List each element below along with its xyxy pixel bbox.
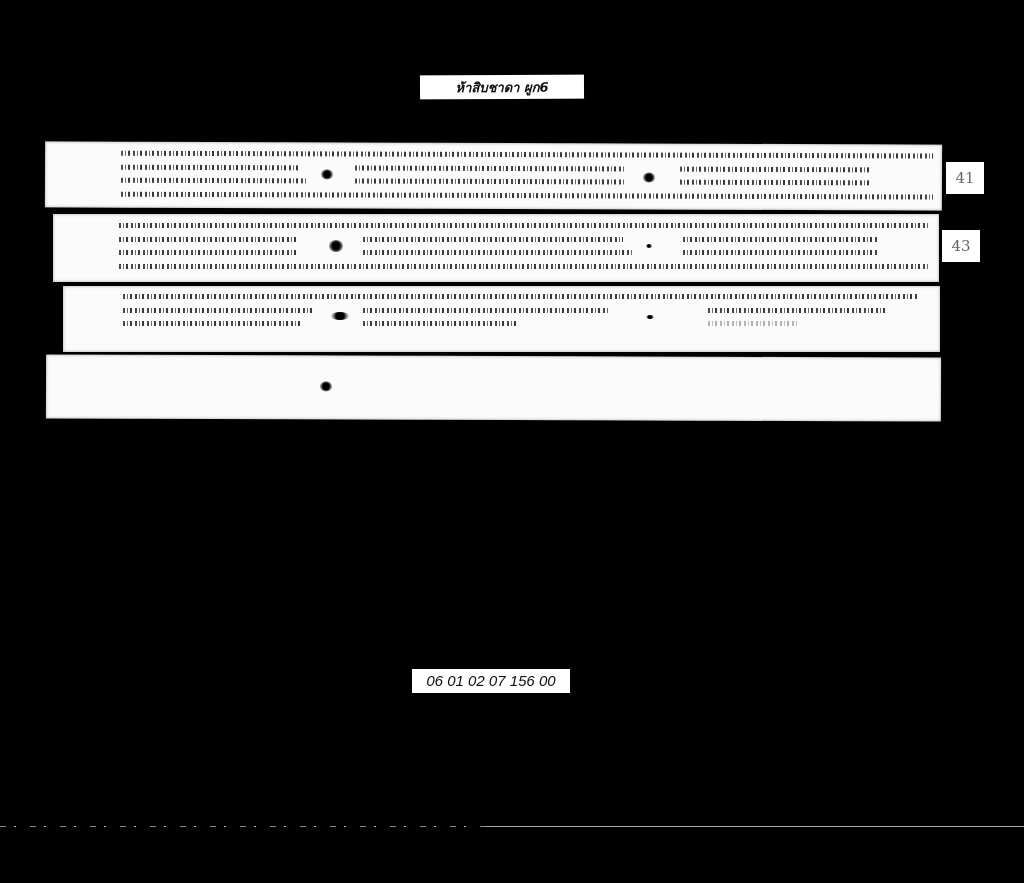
script-line — [363, 245, 633, 259]
leaf-text-block — [363, 232, 643, 259]
script-line — [121, 173, 306, 187]
script-line — [708, 303, 888, 317]
script-line — [119, 259, 929, 273]
palm-leaf-3 — [63, 286, 940, 352]
script-line — [123, 303, 313, 317]
scan-artifact-line — [485, 826, 1024, 827]
folio-number-text: 43 — [951, 237, 970, 255]
leaf-text-block — [683, 232, 883, 259]
script-line — [363, 316, 518, 330]
script-line — [121, 159, 301, 173]
script-line — [683, 232, 878, 246]
script-line — [683, 245, 878, 259]
binding-hole-icon — [320, 381, 332, 391]
script-line — [680, 175, 870, 189]
script-line — [363, 303, 608, 317]
leaf-text-block — [708, 303, 908, 330]
catalog-number-text: 06 01 02 07 156 00 — [426, 673, 555, 690]
script-line — [708, 316, 798, 330]
script-line — [355, 160, 625, 174]
script-line — [121, 186, 933, 202]
script-line — [363, 232, 623, 246]
manuscript-title-label: ห้าสิบชาดา ผูก6 — [420, 75, 584, 100]
folio-number-43: 43 — [942, 230, 980, 262]
catalog-number-label: 06 01 02 07 156 00 — [412, 669, 570, 693]
folio-number-text: 41 — [955, 169, 974, 187]
script-line — [119, 232, 297, 246]
script-line — [355, 174, 625, 188]
script-line — [680, 161, 870, 175]
manuscript-title-text: ห้าสิบชาดา ผูก6 — [455, 76, 548, 97]
palm-leaf-4 — [46, 354, 941, 421]
script-line — [119, 218, 929, 232]
folio-number-41: 41 — [946, 162, 984, 194]
palm-leaf-1 — [45, 141, 942, 210]
leaf-text-block — [355, 160, 635, 188]
leaf-text-block — [680, 161, 880, 189]
script-line — [119, 245, 297, 259]
script-line — [123, 289, 918, 303]
script-line — [123, 316, 303, 330]
leaf-text-block — [363, 303, 613, 330]
palm-leaf-2 — [53, 214, 939, 282]
